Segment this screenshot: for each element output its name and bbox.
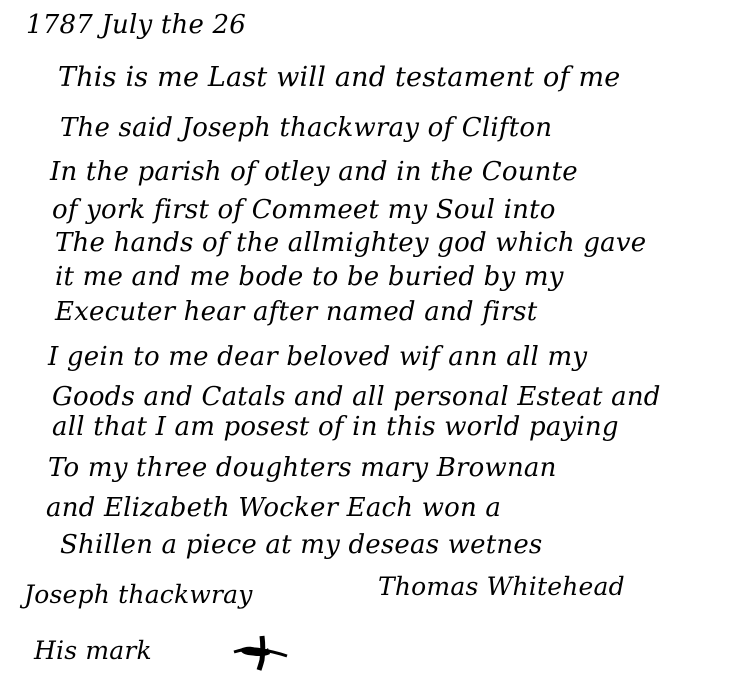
will-line-9: Goods and Catals and all personal Esteat… xyxy=(52,382,661,412)
will-line-7: Executer hear after named and first xyxy=(55,297,537,327)
will-line-3: In the parish of otley and in the Counte xyxy=(50,157,578,187)
document-date: 1787 July the 26 xyxy=(26,10,246,40)
testator-signature: Joseph thackwray xyxy=(24,580,253,609)
will-line-8: I gein to me dear beloved wif ann all my xyxy=(48,342,587,372)
will-line-10: all that I am posest of in this world pa… xyxy=(52,412,619,442)
will-document-page: 1787 July the 26 This is me Last will an… xyxy=(0,0,730,689)
will-line-11: To my three doughters mary Brownan xyxy=(48,453,557,483)
witness-signature: Thomas Whitehead xyxy=(378,572,625,601)
will-line-1: This is me Last will and testament of me xyxy=(58,62,620,93)
testator-mark-label: His mark xyxy=(34,636,152,665)
will-line-13: Shillen a piece at my deseas wetnes xyxy=(60,530,542,560)
will-line-4: of york first of Commeet my Soul into xyxy=(52,195,556,225)
will-line-6: it me and me bode to be buried by my xyxy=(55,262,564,292)
will-line-12: and Elizabeth Wocker Each won a xyxy=(46,493,501,523)
cross-mark-icon xyxy=(232,632,288,672)
will-line-5: The hands of the allmightey god which ga… xyxy=(55,228,646,258)
will-line-2: The said Joseph thackwray of Clifton xyxy=(60,113,552,143)
